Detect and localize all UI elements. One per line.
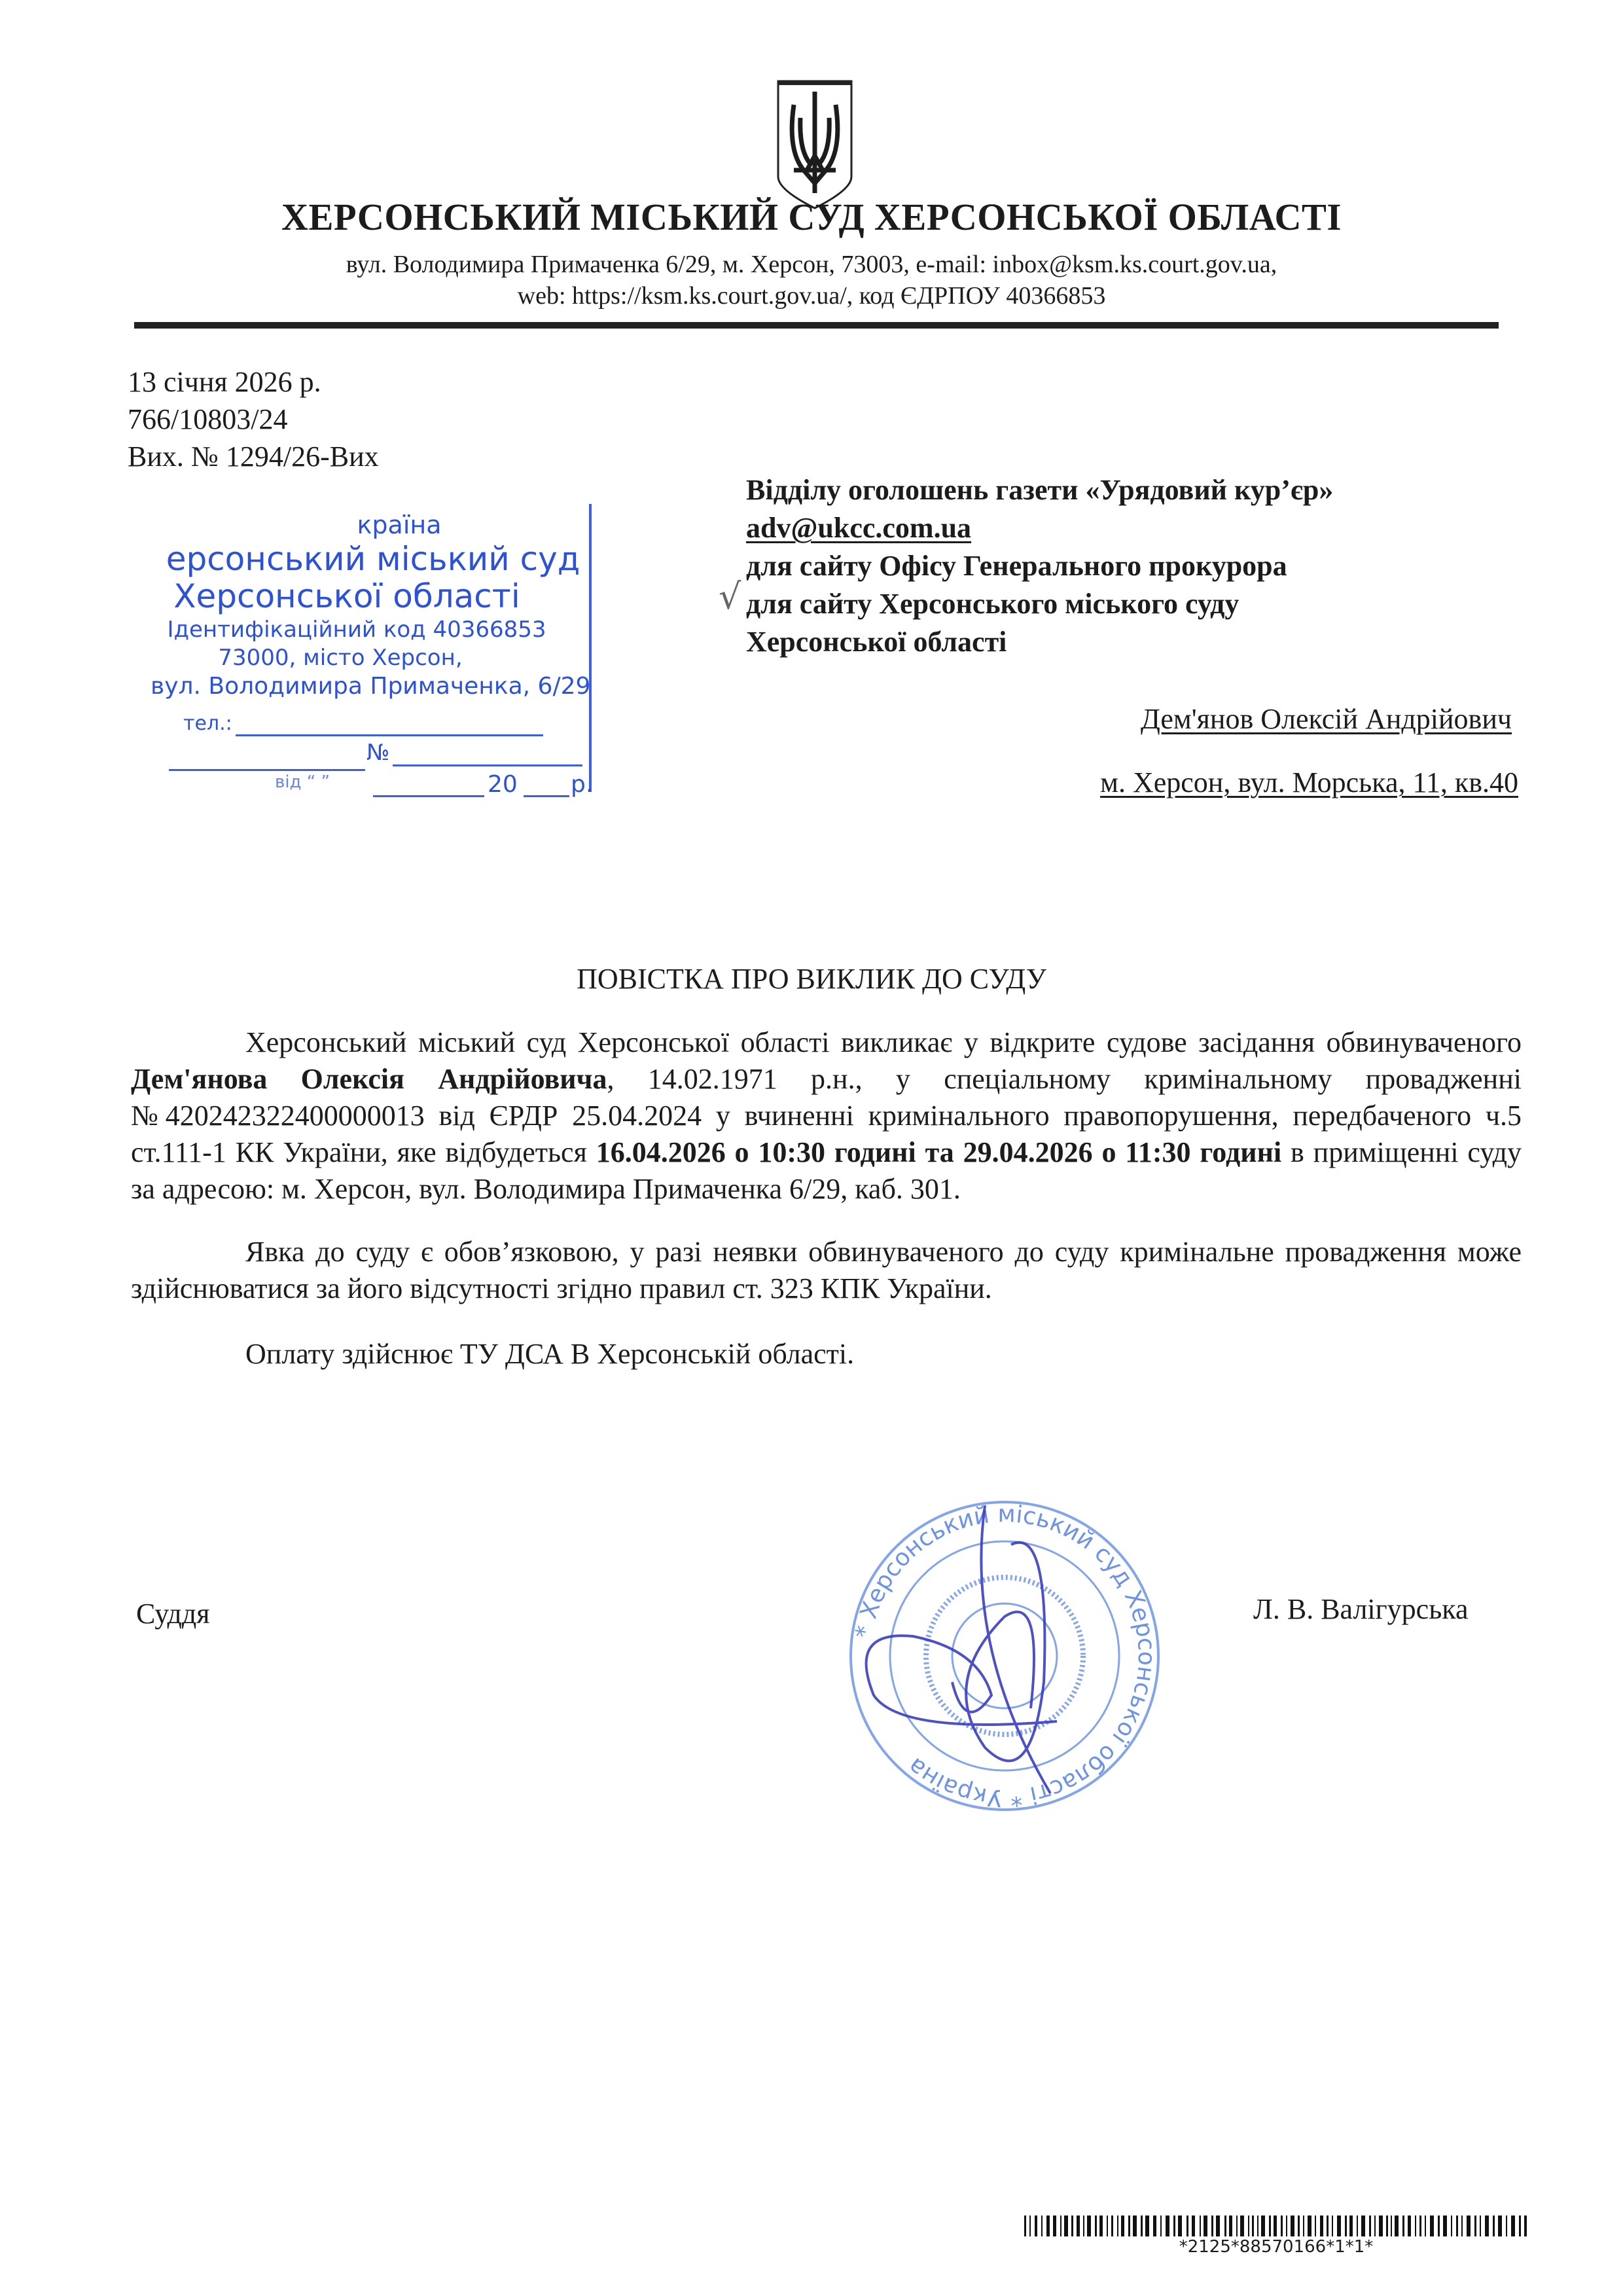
stamp-line: ерсонський міський суд bbox=[157, 540, 589, 578]
attendance-paragraph: Явка до суду є обов’язковою, у разі неяв… bbox=[131, 1234, 1522, 1307]
outgoing-number: Вих. № 1294/26-Вих bbox=[128, 438, 379, 475]
addressee-address: м. Херсон, вул. Морська, 11, кв.40 bbox=[1100, 766, 1518, 799]
court-seal-icon: * Херсонський міський суд Херсонської об… bbox=[834, 1486, 1175, 1826]
judge-name: Л. В. Валігурська bbox=[1253, 1592, 1469, 1626]
addressee-name: Дем'янов Олексій Андрійович bbox=[1141, 702, 1512, 736]
stamp-blank-line bbox=[524, 795, 569, 797]
court-name-heading: ХЕРСОНСЬКИЙ МІСЬКИЙ СУД ХЕРСОНСЬКОЇ ОБЛА… bbox=[16, 195, 1607, 239]
stamp-line: 73000, місто Херсон, bbox=[124, 645, 556, 671]
court-address-line: вул. Володимира Примаченка 6/29, м. Херс… bbox=[0, 249, 1623, 280]
judge-label: Суддя bbox=[136, 1597, 210, 1630]
stamp-year-prefix: 20 bbox=[488, 771, 518, 798]
checkmark-icon: √ bbox=[719, 576, 741, 617]
document-date: 13 січня 2026 р. bbox=[128, 363, 379, 401]
hearing-dates: 16.04.2026 о 10:30 годині та 29.04.2026 … bbox=[596, 1136, 1282, 1168]
recipient-email-link[interactable]: adv@ukcc.com.ua bbox=[746, 512, 971, 544]
stamp-year-suffix: р. bbox=[571, 771, 593, 798]
court-contacts: вул. Володимира Примаченка 6/29, м. Херс… bbox=[0, 249, 1623, 312]
recipient-region: Херсонської області bbox=[746, 623, 1333, 661]
payment-paragraph: Оплату здійснює ТУ ДСА В Херсонській обл… bbox=[131, 1336, 1522, 1372]
document-title: ПОВІСТКА ПРО ВИКЛИК ДО СУДУ bbox=[0, 962, 1623, 996]
recipient-block: Відділу оголошень газети «Урядовий кур’є… bbox=[746, 471, 1333, 661]
recipient-prosecutor-site: для сайту Офісу Генерального прокурора bbox=[746, 547, 1333, 585]
stamp-blank-line bbox=[169, 769, 365, 771]
case-number: 766/10803/24 bbox=[128, 401, 379, 438]
court-web-line: web: https://ksm.ks.court.gov.ua/, код Є… bbox=[0, 280, 1623, 312]
stamp-line: Херсонської області bbox=[131, 577, 563, 615]
stamp-line: вул. Володимира Примаченка, 6/29 bbox=[151, 673, 582, 700]
stamp-blank-line bbox=[373, 795, 484, 797]
document-meta: 13 січня 2026 р. 766/10803/24 Вих. № 129… bbox=[128, 363, 379, 475]
stamp-line: країна bbox=[183, 511, 615, 539]
stamp-blank-line bbox=[236, 734, 543, 736]
summons-paragraph: Херсонський міський суд Херсонської обла… bbox=[131, 1024, 1522, 1208]
recipient-newspaper: Відділу оголошень газети «Урядовий кур’є… bbox=[746, 471, 1333, 509]
recipient-court-site: для сайту Херсонського міського суду bbox=[746, 585, 1333, 623]
stamp-number-label: № bbox=[366, 740, 389, 766]
stamp-blank-line bbox=[393, 764, 582, 766]
stamp-date-label: від “ ” bbox=[275, 772, 330, 792]
stamp-line: Ідентифікаційний код 40366853 bbox=[141, 617, 573, 643]
accused-name: Дем'янова Олексія Андрійовича bbox=[131, 1063, 607, 1095]
header-divider bbox=[134, 322, 1499, 329]
barcode-icon bbox=[1024, 2215, 1528, 2236]
document-body: Херсонський міський суд Херсонської обла… bbox=[131, 1024, 1522, 1399]
trident-emblem-icon bbox=[774, 79, 855, 209]
office-registration-stamp: країна ерсонський міський суд Херсонсько… bbox=[157, 504, 592, 792]
stamp-tel-label: тел.: bbox=[183, 712, 232, 735]
summons-text: Херсонський міський суд Херсонської обла… bbox=[245, 1026, 1522, 1058]
barcode-number: *2125*88570166*1*1* bbox=[1024, 2237, 1528, 2257]
